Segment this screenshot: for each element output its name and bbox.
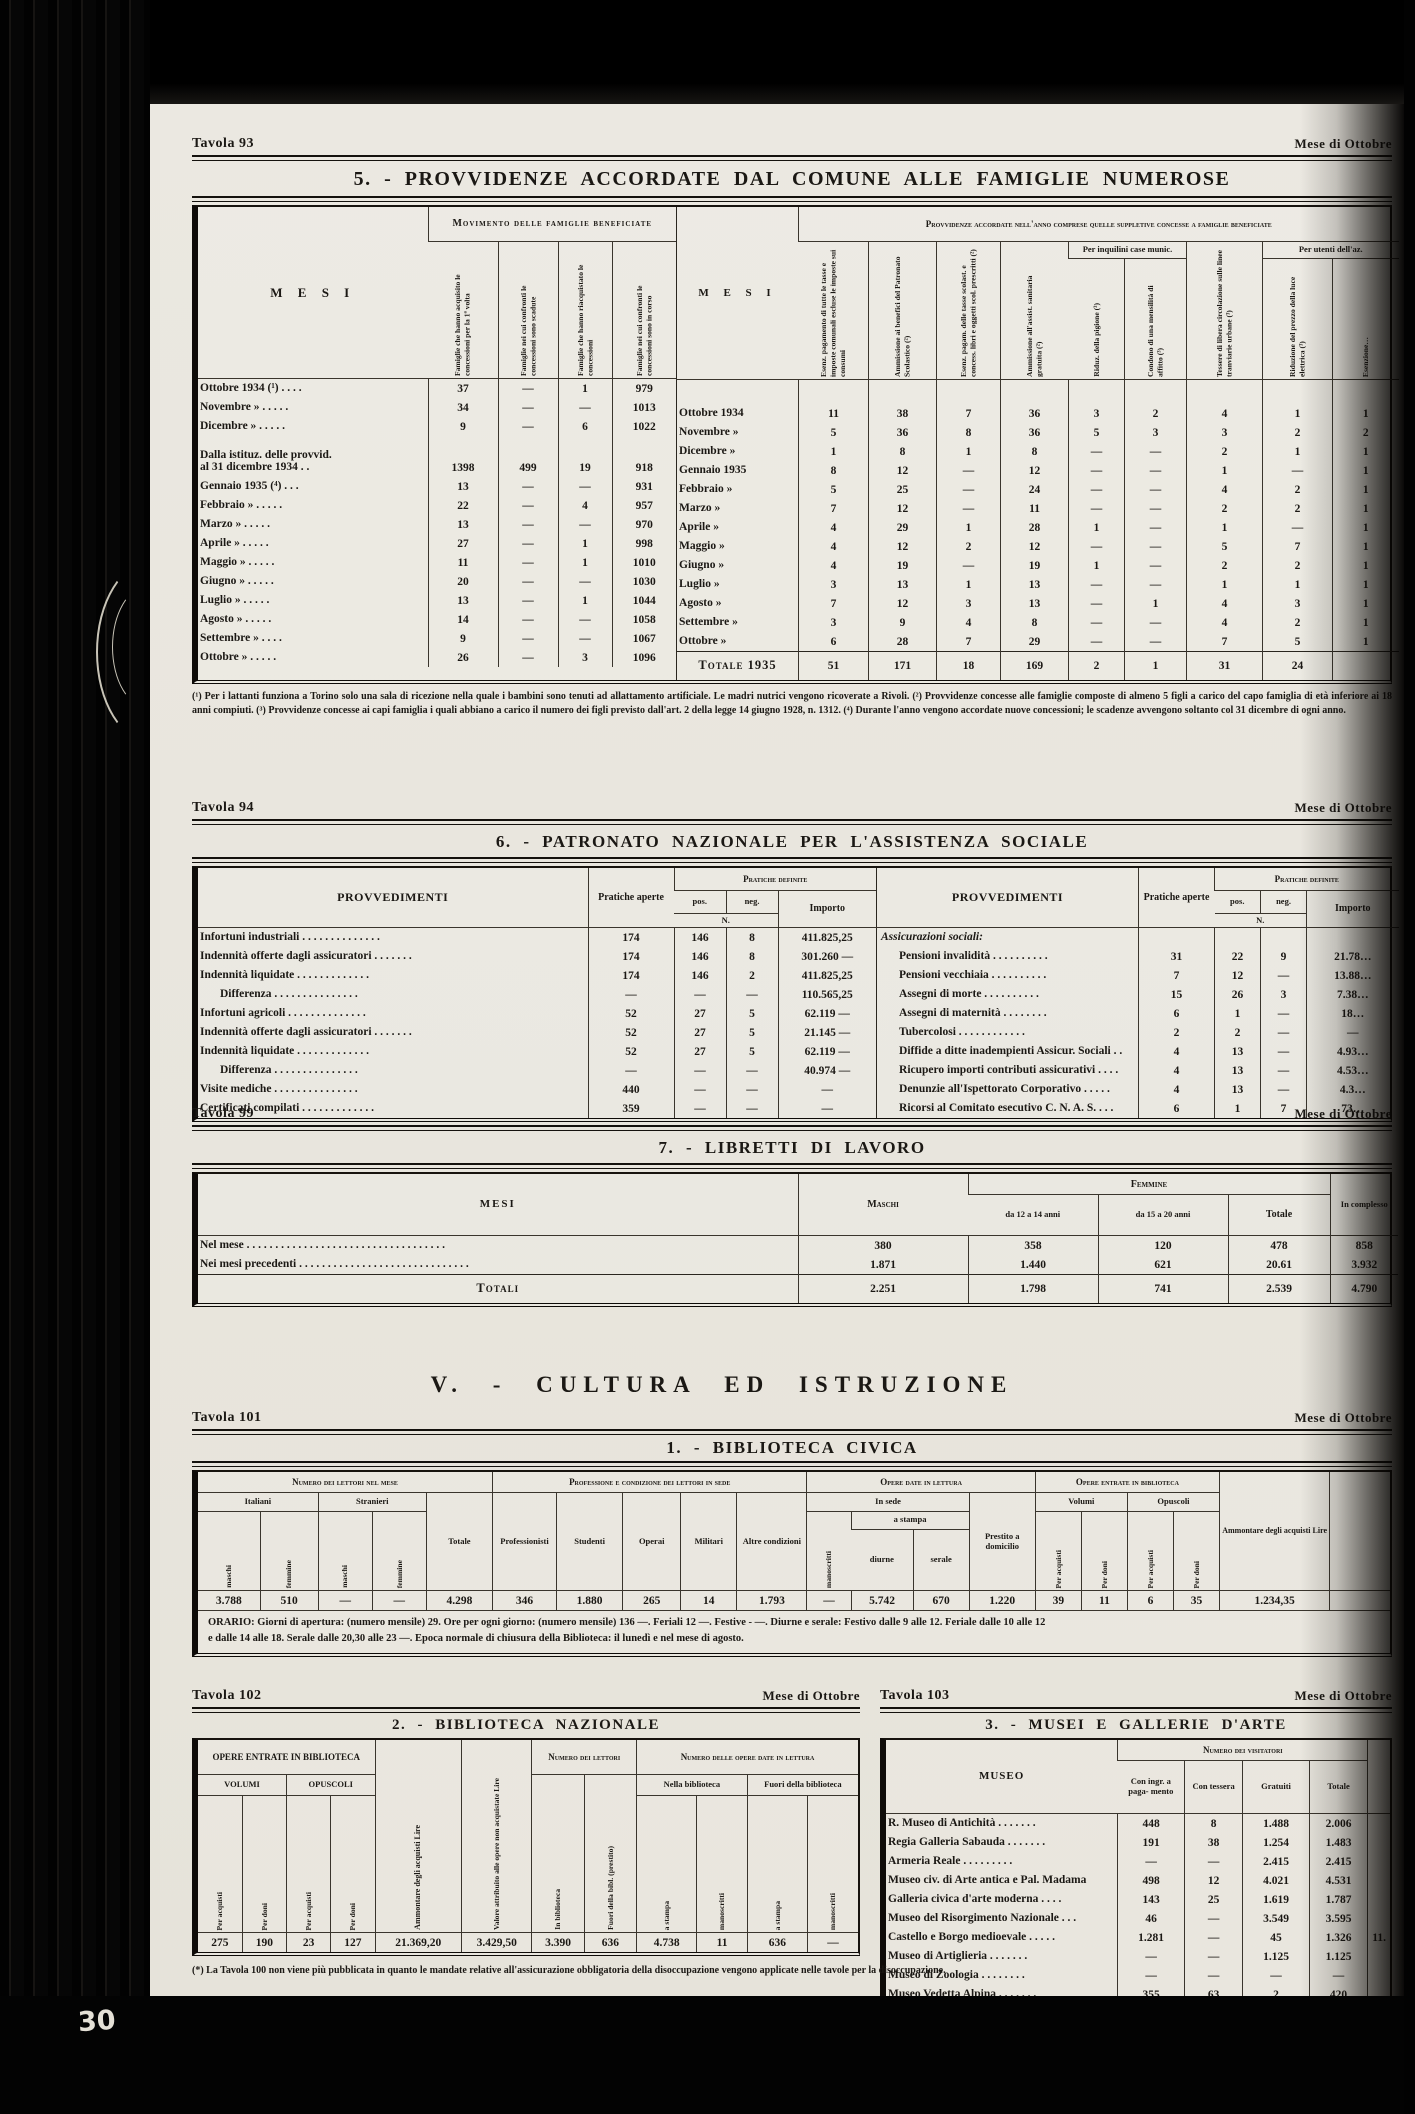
lettori-group: Numero dei lettori nel mese [198,1472,492,1493]
tavola-93: Tavola 93 Mese di Ottobre 5. - PROVVIDEN… [192,136,1392,718]
cell: 2 [1139,1023,1215,1042]
cell: 38 [1184,1833,1242,1852]
cell: Ottobre 1934 (¹) . . . . [198,379,428,399]
tavola-94-month-label: Mese di Ottobre [1294,800,1392,816]
cell: 174 [588,966,674,985]
cell: — [1184,1852,1242,1871]
tavola-93-right-body: Ottobre 1934113873632411Novembre »536836… [677,380,1399,681]
table-row: Indennità liquidate . . . . . . . . . . … [198,1042,876,1061]
cell: 13 [1215,1080,1261,1099]
tavola-102-table: OPERE ENTRATE IN BIBLIOTECA Ammontare de… [198,1740,858,1952]
cell: 2 [1187,442,1263,461]
cell: 5 [799,480,869,499]
table-row: Settembre »3948——421 [677,613,1399,632]
cell: Regia Galleria Sabauda . . . . . . . [886,1833,1118,1852]
cell: — [498,553,558,572]
maschi-col: maschi [340,1565,349,1588]
cell: 1 [1215,1004,1261,1023]
cell: 7 [1263,537,1333,556]
cell: Luglio » . . . . . [198,591,428,610]
cell: — [1125,499,1187,518]
cell: 1 [1263,575,1333,594]
cell: 1 [1069,556,1125,575]
da-12-14-header: da 12 a 14 anni [968,1195,1098,1236]
a-stampa-header: a stampa [851,1512,969,1530]
cell: Museo civ. di Arte antica e Pal. Madama [886,1871,1118,1890]
cell: 21.78… [1307,947,1399,966]
cell: 1030 [612,572,676,591]
cell: — [498,648,558,667]
cell [1333,652,1399,681]
cell: — [498,417,558,436]
cell: 265 [623,1591,681,1611]
cell: 636 [584,1933,636,1953]
column-header: Esenz. pagam. delle tasse scolast. e con… [959,249,978,377]
cell: — [1307,1023,1399,1042]
cell [1368,1814,1390,1834]
table-row: Giugno » . . . . .20——1030 [198,572,676,591]
cell: 2.415 [1309,1852,1367,1871]
cell: 12 [1001,461,1069,480]
studenti-header: Studenti [557,1493,623,1591]
cell: 8 [799,461,869,480]
cell: Febbraio » [677,480,799,499]
tavola-103-label: Tavola 103 [880,1688,949,1704]
nella-biblioteca-header: Nella biblioteca [637,1775,748,1796]
tavola-94-label: Tavola 94 [192,800,254,816]
cell: Dicembre » . . . . . [198,417,428,436]
cell: 1 [937,518,1001,537]
table-row: Diffide a ditte inadempienti Assicur. So… [877,1042,1399,1061]
cell: 22 [428,496,498,515]
cell: — [1125,632,1187,652]
numero-opere-group: Numero delle opere date in lettura [637,1740,858,1775]
per-doni-col: Per doni [348,1903,357,1931]
cell: — [726,1080,778,1099]
tavola-101-table: Numero dei lettori nel mese Professione … [198,1472,1390,1610]
cell: 20 [428,572,498,591]
cell: Indennità liquidate . . . . . . . . . . … [198,966,588,985]
per-acquisti-col: Per acquisti [1146,1550,1155,1588]
cell: Infortuni agricoli . . . . . . . . . . .… [198,1004,588,1023]
tavola-101-label: Tavola 101 [192,1410,261,1426]
cell: 20.61 [1228,1255,1330,1275]
cell: 174 [588,928,674,948]
cell: — [498,496,558,515]
cell: 3.595 [1309,1909,1367,1928]
cell [1069,380,1125,405]
double-rule [192,819,1392,825]
cell: 2.539 [1228,1275,1330,1304]
cell: Museo del Risorgimento Nazionale . . . [886,1909,1118,1928]
double-rule [192,1429,1392,1435]
cell: 4.738 [637,1933,697,1953]
cell: 46 [1118,1909,1185,1928]
cell: 1398 [428,436,498,477]
cell: — [726,985,778,1004]
table-row: Infortuni industriali . . . . . . . . . … [198,928,876,948]
film-scratch-arc [112,586,184,708]
cell: 1013 [612,398,676,417]
cell: 11 [697,1933,747,1953]
table-row: Castello e Borgo medioevale . . . . .1.2… [886,1928,1390,1947]
cell: 13 [1215,1061,1261,1080]
cell: Novembre » . . . . . [198,398,428,417]
cell: 25 [869,480,937,499]
cell: — [318,1591,372,1611]
cell: — [1125,613,1187,632]
cell [677,380,799,405]
cell: 6 [1127,1591,1173,1611]
cell: 858 [1330,1236,1398,1256]
cell: 35 [1173,1591,1219,1611]
cell: 2.006 [1309,1814,1367,1834]
table-row: R. Museo di Antichità . . . . . . .44881… [886,1814,1390,1834]
pos-header: pos. [1215,891,1261,914]
cell: — [1263,461,1333,480]
cell: 13 [869,575,937,594]
cell: 2 [1263,556,1333,575]
cell: 174 [588,947,674,966]
cell: 190 [242,1933,286,1953]
cell: Ricupero importi contributi assicurativi… [877,1061,1139,1080]
tavola-99-frame: MESI Maschi Femmine In complesso da 12 a… [192,1172,1392,1307]
cell: 7 [1139,966,1215,985]
cell [1368,1909,1390,1928]
n-header: N. [674,914,778,928]
table-row: Luglio » . . . . .13—11044 [198,591,676,610]
cell: Agosto » [677,594,799,613]
cell: — [1261,966,1307,985]
cell: 7 [799,594,869,613]
cell: — [1069,537,1125,556]
table-row: Assegni di maternità . . . . . . . .61—1… [877,1004,1399,1023]
cell: — [937,480,1001,499]
table-row: Museo del Risorgimento Nazionale . . .46… [886,1909,1390,1928]
column-header: Riduz. della pigione (³) [1092,303,1101,377]
cell: — [1125,537,1187,556]
cell: 62.119 — [778,1004,876,1023]
a-stampa-col: a stampa [773,1901,782,1930]
cell: 2 [1263,613,1333,632]
cell: 5 [1263,632,1333,652]
double-rule [192,196,1392,202]
cell: 1 [1333,613,1399,632]
cell: — [1125,556,1187,575]
tavola-99-label: Tavola 99 [192,1106,254,1122]
cell: 28 [1001,518,1069,537]
cell: 27 [674,1023,726,1042]
n-header: N. [1215,914,1307,928]
cell: 11 [799,404,869,423]
table-row: Gennaio 1935 (⁴) . . .13——931 [198,477,676,496]
femmine-col: femmine [284,1560,293,1588]
cell: — [726,1061,778,1080]
totale-header: Totale [426,1493,492,1591]
cell: 6 [558,417,612,436]
cell: 2 [1069,652,1125,681]
cell: 1 [1125,652,1187,681]
cell: Maggio » . . . . . [198,553,428,572]
tavola-102: Tavola 102 Mese di Ottobre 2. - BIBLIOTE… [192,1688,860,1956]
film-strip-left [0,0,150,2114]
cell: 2 [1215,1023,1261,1042]
table-row: Settembre » . . . .9——1067 [198,629,676,648]
cell: — [588,1061,674,1080]
cell: Nei mesi precedenti . . . . . . . . . . … [198,1255,798,1275]
tavola-103-month-label: Mese di Ottobre [1294,1688,1392,1704]
tavola-93-left-body: Ottobre 1934 (¹) . . . .37—1979Novembre … [198,379,676,668]
cell: 498 [1118,1871,1185,1890]
table-row: Tubercolosi . . . . . . . . . . . .22—— [877,1023,1399,1042]
cell: 1 [1263,404,1333,423]
cell: 2.415 [1243,1852,1310,1871]
table-row: Differenza . . . . . . . . . . . . . . .… [198,1061,876,1080]
cell: — [1125,518,1187,537]
valore-col: Valore attribuito alle opere non acquist… [492,1778,501,1930]
cell: — [937,499,1001,518]
cell: 1.483 [1309,1833,1367,1852]
pratiche-aperte-header: Pratiche aperte [1139,868,1215,928]
mesi-header: M E S I [198,207,428,379]
manoscritti-col: manoscritti [717,1893,726,1930]
cell: 1.787 [1309,1890,1367,1909]
table-row: Armeria Reale . . . . . . . . .——2.4152.… [886,1852,1390,1871]
cell: 21.369,20 [375,1933,462,1953]
cell: 12 [869,461,937,480]
cell: 7 [937,632,1001,652]
opere-lettura-group: Opere date in lettura [807,1472,1035,1493]
tavola-103: Tavola 103 Mese di Ottobre 3. - MUSEI E … [880,1688,1392,2008]
cell [1368,1947,1390,1966]
cell: 19 [1001,556,1069,575]
cell [1368,1966,1390,1985]
cell [1215,928,1261,948]
cell [1368,1871,1390,1890]
cell: 4 [799,518,869,537]
cell: 5 [1069,423,1125,442]
cell: 1.798 [968,1275,1098,1304]
table-row: Gennaio 1935812—12——1—1 [677,461,1399,480]
cell: 27 [674,1042,726,1061]
tavola-102-body: 2751902312721.369,203.429,503.3906364.73… [198,1933,858,1953]
fuori-biblioteca-header: Fuori della biblioteca [747,1775,858,1796]
tavola-99-title: 7. - LIBRETTI DI LAVORO [192,1138,1392,1158]
cell: 4.531 [1309,1871,1367,1890]
table-row: Novembre »53683653322 [677,423,1399,442]
table-row: Giugno »419—191—221 [677,556,1399,575]
cell: 11. [1368,1928,1390,1947]
cell: — [1184,1909,1242,1928]
cell: 13 [428,591,498,610]
cell: 31 [1187,652,1263,681]
table-row: Galleria civica d'arte moderna . . . .14… [886,1890,1390,1909]
cell: 7 [799,499,869,518]
table-row [677,380,1399,405]
tavola-94-right-body: Assicurazioni sociali:Pensioni invalidit… [877,928,1399,1119]
cell: Assegni di maternità . . . . . . . . [877,1004,1139,1023]
cell: — [498,398,558,417]
tavola-93-title: 5. - PROVVIDENZE ACCORDATE DAL COMUNE AL… [192,168,1392,191]
table-row: Ottobre 1934 (¹) . . . .37—1979 [198,379,676,399]
cell: — [1261,1061,1307,1080]
cell: Dalla istituz. delle provvid. al 31 dice… [198,436,428,477]
cell: 1 [558,553,612,572]
cell: Giugno » . . . . . [198,572,428,591]
tavola-94-left-body: Infortuni industriali . . . . . . . . . … [198,928,876,1119]
cell: Galleria civica d'arte moderna . . . . [886,1890,1118,1909]
cell: Dicembre » [677,442,799,461]
opere-entrate-group: OPERE ENTRATE IN BIBLIOTECA [198,1740,375,1775]
cell: Armeria Reale . . . . . . . . . [886,1852,1118,1871]
utenti-subgroup-header: Per utenti dell'az. [1263,242,1399,259]
cell: 2 [1125,404,1187,423]
cell: 18… [1307,1004,1399,1023]
table-row: Totali2.2511.7987412.5394.790 [198,1275,1398,1304]
pratiche-definite-header: Pratiche definite [1215,868,1399,891]
cell: 11 [1081,1591,1127,1611]
table-row: Marzo » . . . . .13——970 [198,515,676,534]
cell: 15 [1139,985,1215,1004]
cell: 12 [1184,1871,1242,1890]
cell: 931 [612,477,676,496]
tavola-101: Tavola 101 Mese di Ottobre 1. - BIBLIOTE… [192,1410,1392,1657]
cell: Visite mediche . . . . . . . . . . . . .… [198,1080,588,1099]
tavola-102-month-label: Mese di Ottobre [762,1688,860,1704]
cell: 3.932 [1330,1255,1398,1275]
pratiche-definite-header: Pratiche definite [674,868,876,891]
cell: 27 [674,1004,726,1023]
femmine-col: femmine [395,1560,404,1588]
table-row: Ricupero importi contributi assicurativi… [877,1061,1399,1080]
tavola-94-table-right: PROVVEDIMENTI Pratiche aperte Pratiche d… [876,868,1399,1118]
tavola-94-title: 6. - PATRONATO NAZIONALE PER L'ASSISTENZ… [192,832,1392,852]
neg-header: neg. [726,891,778,914]
cell: Differenza . . . . . . . . . . . . . . . [198,1061,588,1080]
opere-entrate-group: Opere entrate in biblioteca [1035,1472,1219,1493]
per-acquisti-col: Per acquisti [1054,1550,1063,1588]
cell [1187,380,1263,405]
per-acquisti-col: Per acquisti [304,1892,313,1930]
cell: 741 [1098,1275,1228,1304]
section-title: V. - CULTURA ED ISTRUZIONE [192,1372,1252,1398]
cell: — [1069,632,1125,652]
cell: 1 [1333,442,1399,461]
cell: 14 [428,610,498,629]
tavola-99-month-label: Mese di Ottobre [1294,1106,1392,1122]
cell: Tubercolosi . . . . . . . . . . . . [877,1023,1139,1042]
cell: 3 [558,648,612,667]
cell: 120 [1098,1236,1228,1256]
cell: 13 [1215,1042,1261,1061]
cell: — [498,610,558,629]
cell: 19 [558,436,612,477]
cell: 36 [1001,404,1069,423]
numero-lettori-group: Numero dei lettori [532,1740,637,1775]
scan-black-band-right [1404,0,1415,2114]
cell: 8 [1001,442,1069,461]
cell: 1 [1333,404,1399,423]
provvedimenti-header: PROVVEDIMENTI [877,868,1139,928]
cell: — [937,461,1001,480]
cell: 52 [588,1004,674,1023]
cell: 6 [799,632,869,652]
cell: 11 [428,553,498,572]
cell: 29 [1001,632,1069,652]
cell: 39 [1035,1591,1081,1611]
table-row: Regia Galleria Sabauda . . . . . . .1913… [886,1833,1390,1852]
cell: 1.871 [798,1255,968,1275]
cell: 19 [869,556,937,575]
cell: 5.742 [851,1591,913,1611]
double-rule [192,857,1392,863]
cell: 2 [1263,480,1333,499]
cell: 1 [1187,575,1263,594]
totale-header: Totale [1309,1761,1367,1814]
cell: 12 [869,594,937,613]
table-row: Luglio »313113——111 [677,575,1399,594]
cell [1001,380,1069,405]
table-row: 3.788510——4.2983461.880265141.793—5.7426… [198,1591,1390,1611]
cell: — [588,985,674,1004]
cell: 636 [747,1933,807,1953]
cell: Marzo » . . . . . [198,515,428,534]
cell: Indennità liquidate . . . . . . . . . . … [198,1042,588,1061]
in-sede-header: In sede [807,1493,969,1512]
cell: Pensioni invalidità . . . . . . . . . . [877,947,1139,966]
cell [1139,928,1215,948]
cell: 25 [1184,1890,1242,1909]
cell: 1.220 [969,1591,1035,1611]
cell: Assicurazioni sociali: [877,928,1139,948]
cell: 8 [726,947,778,966]
cell: 191 [1118,1833,1185,1852]
cell: 670 [913,1591,969,1611]
mesi-header: MESI [198,1174,798,1236]
double-rule [192,1707,860,1713]
cell: — [674,1080,726,1099]
scan-black-band-top [0,0,1415,104]
cell: 26 [1215,985,1261,1004]
cell: Luglio » [677,575,799,594]
mesi-header: M E S I [677,207,799,380]
cell: 301.260 — [778,947,876,966]
tavola-101-month-label: Mese di Ottobre [1294,1410,1392,1426]
cell [1307,928,1399,948]
cell: 26 [428,648,498,667]
cell: 1.254 [1243,1833,1310,1852]
femmine-group-header: Femmine [968,1174,1330,1195]
manoscritti-col: manoscritti [828,1893,837,1930]
cell: 1.281 [1118,1928,1185,1947]
cell: 970 [612,515,676,534]
cell: — [498,534,558,553]
cell [1330,1591,1390,1611]
museo-header: MUSEO [886,1740,1118,1814]
cell: Ottobre » [677,632,799,652]
table-row: Marzo »712—11——221 [677,499,1399,518]
per-doni-col: Per doni [1192,1561,1201,1589]
italiani-header: Italiani [198,1493,318,1512]
column-header: Famiglie nei cui confronti le concession… [519,248,538,376]
cell: 11 [1001,499,1069,518]
tavola-93-footnotes: (¹) Per i lattanti funziona a Torino sol… [192,690,1392,718]
cell: 2 [937,537,1001,556]
cell: 5 [799,423,869,442]
cell: 1 [558,534,612,553]
cell: 28 [869,632,937,652]
cell: — [1125,480,1187,499]
